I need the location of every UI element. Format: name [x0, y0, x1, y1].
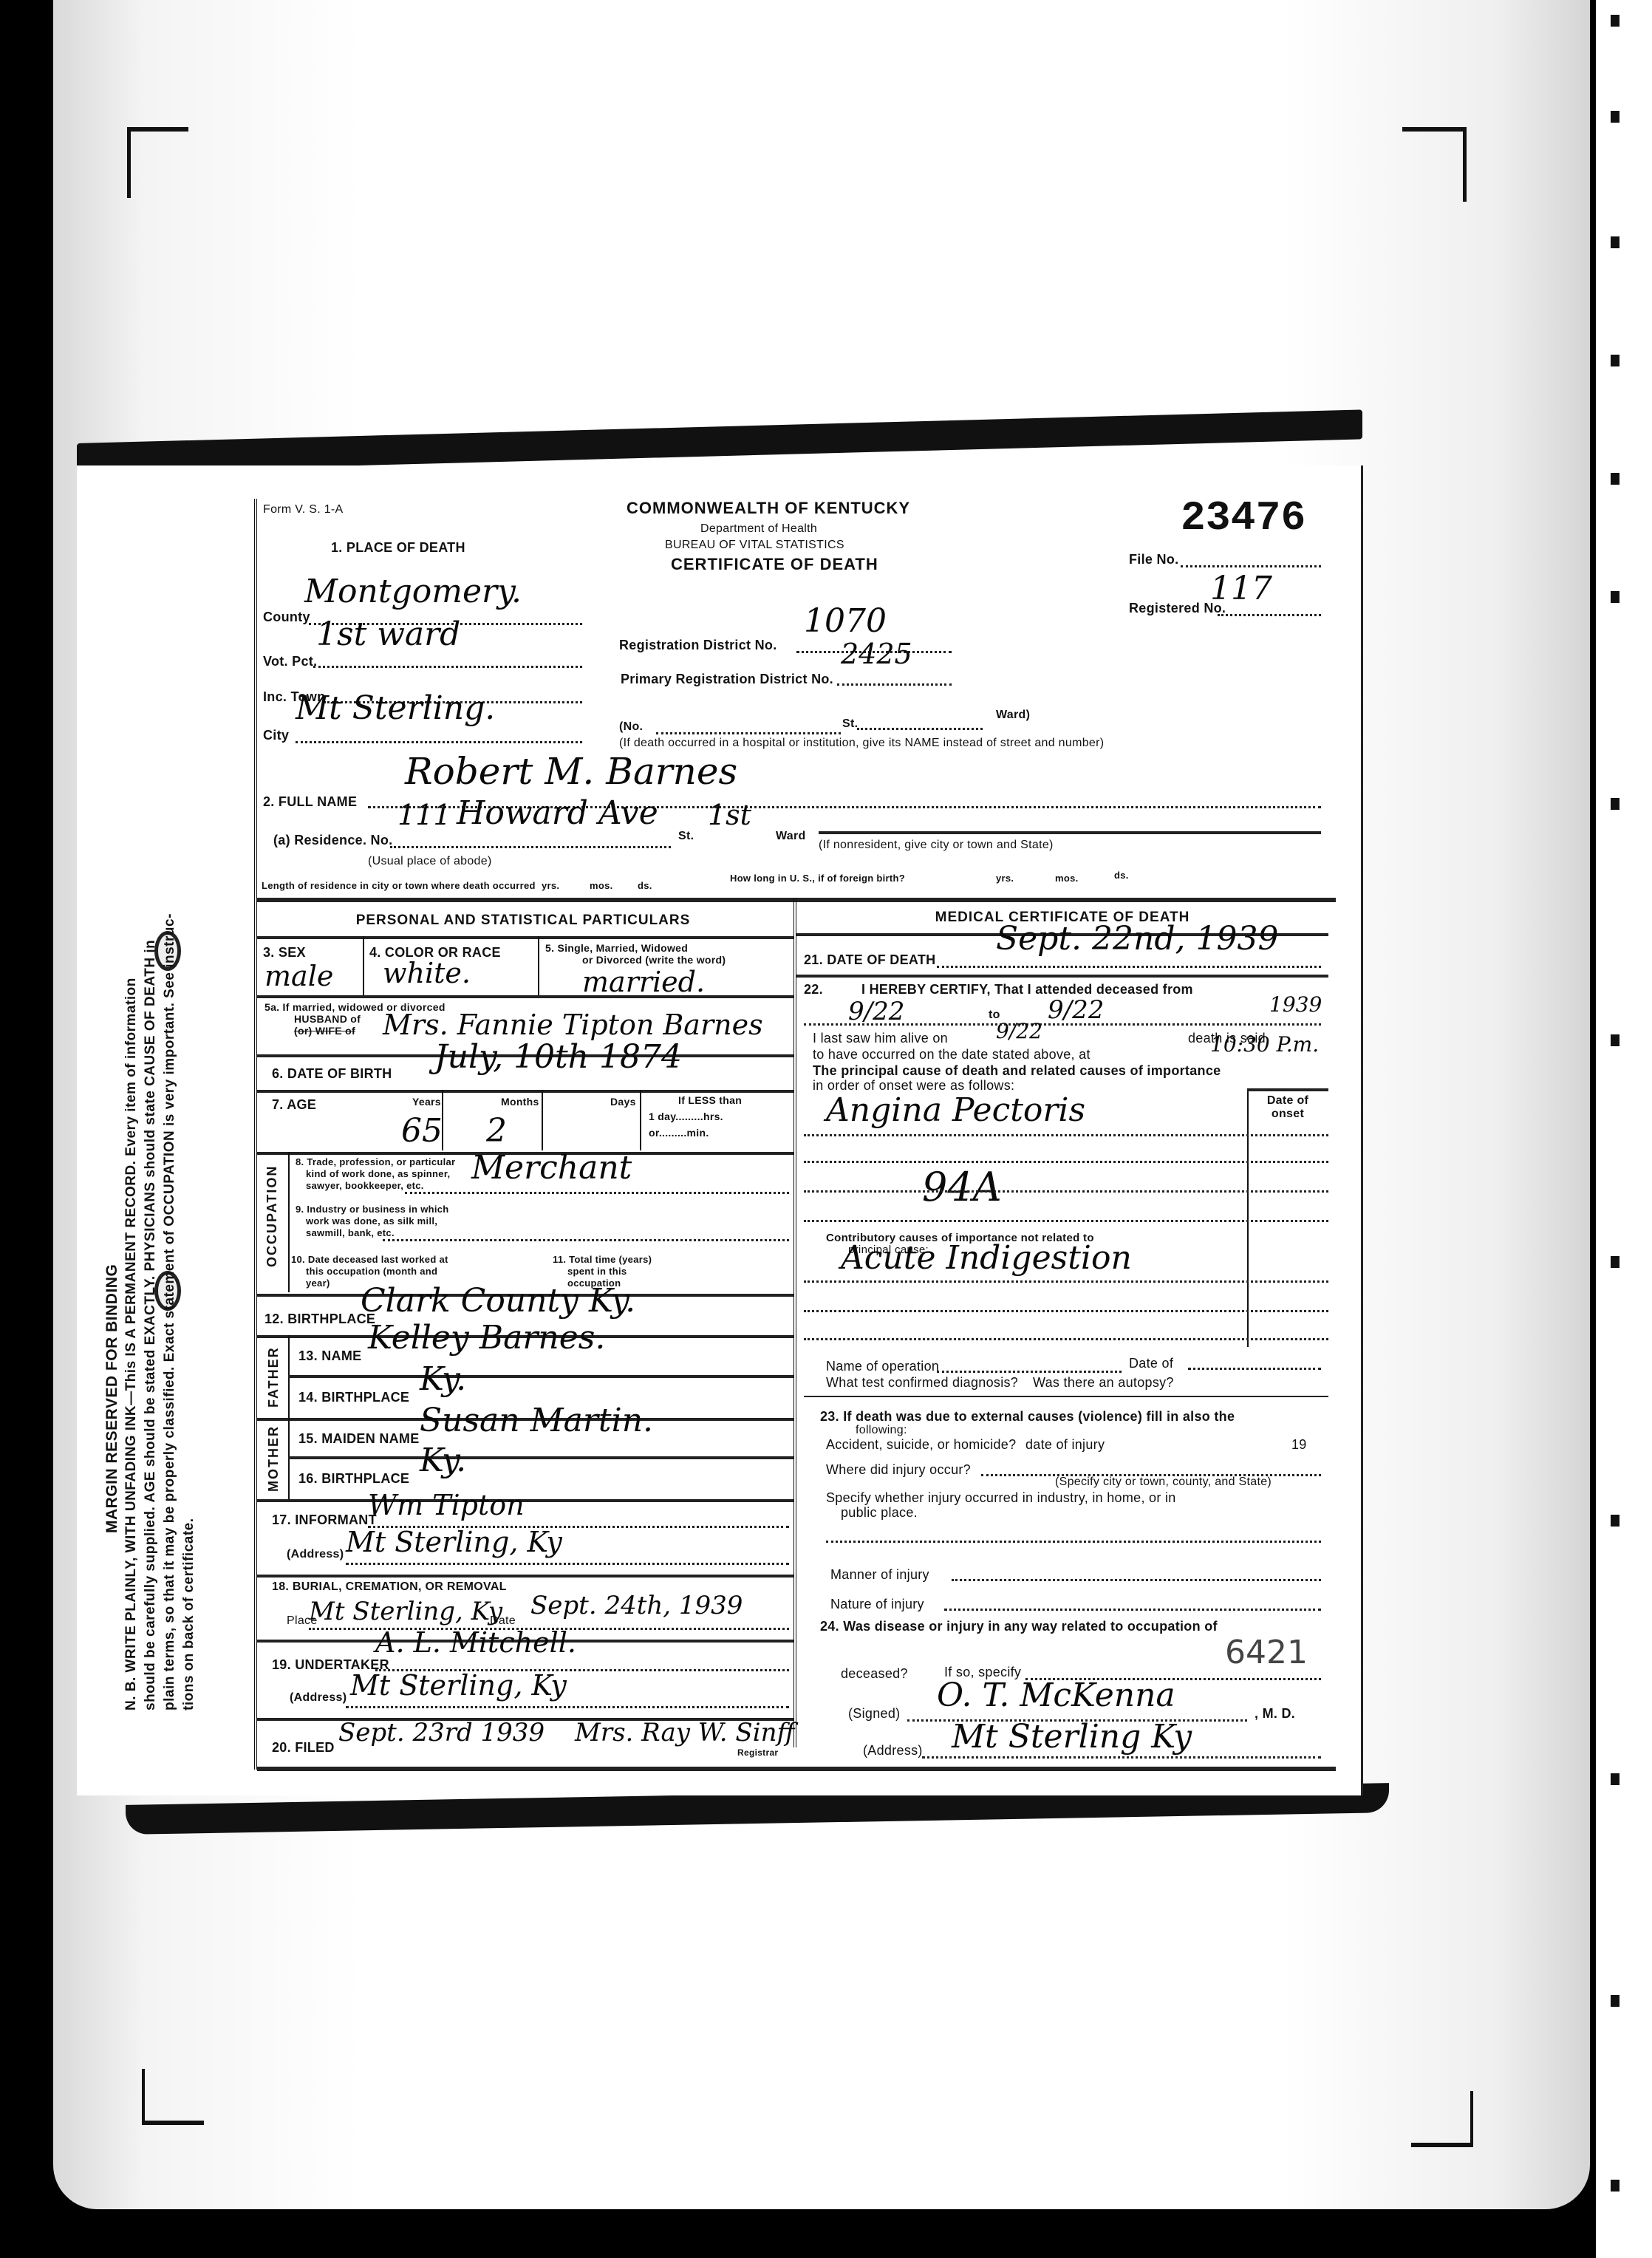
abode-note: (Usual place of abode)	[368, 855, 492, 868]
yrs-label: yrs.	[542, 880, 559, 891]
residence-number: 111	[397, 799, 451, 831]
age-label: 7. AGE	[272, 1097, 316, 1113]
burial-label: 18. BURIAL, CREMATION, OR REMOVAL	[272, 1580, 507, 1594]
certificate-stamp: 6421	[1225, 1634, 1308, 1671]
vot-pct-label: Vot. Pct.	[263, 654, 317, 669]
informant-address: Mt Sterling, Ky	[346, 1526, 562, 1558]
specify-text-2: public place.	[841, 1505, 918, 1521]
department: Department of Health	[700, 522, 817, 536]
death-certificate: MARGIN RESERVED FOR BINDING N. B. WRITE …	[77, 465, 1363, 1795]
operation-date-label: Date of	[1129, 1356, 1173, 1371]
cause-code: 94A	[922, 1164, 1002, 1210]
crop-mark-top-right	[1402, 127, 1467, 202]
marital-value: married.	[582, 966, 705, 998]
file-number: 23476	[1181, 494, 1306, 542]
filed-label: 20. FILED	[272, 1740, 335, 1756]
physician-signature: O. T. McKenna	[937, 1677, 1175, 1714]
mother-birthplace-value: Ky.	[420, 1442, 466, 1479]
binding-margin: MARGIN RESERVED FOR BINDING N. B. WRITE …	[77, 465, 254, 1795]
attended-to: 9/22	[1048, 995, 1104, 1025]
bureau: BUREAU OF VITAL STATISTICS	[665, 539, 844, 552]
external-causes-text: 23. If death was due to external causes …	[820, 1409, 1235, 1425]
undertaker-address: Mt Sterling, Ky	[350, 1669, 567, 1702]
certify-text: I HEREBY CERTIFY, That I attended deceas…	[861, 982, 1193, 997]
total-time-label-2: spent in this	[567, 1266, 627, 1277]
test-label: What test confirmed diagnosis?	[826, 1375, 1018, 1391]
industry-label: 9. Industry or business in which	[296, 1204, 449, 1215]
crop-mark-bottom-left	[142, 2069, 204, 2125]
informant-value: Wm Tipton	[368, 1489, 525, 1521]
trade-value: Merchant	[471, 1149, 632, 1187]
street-label: St.	[842, 717, 858, 731]
filed-date: Sept. 23rd 1939	[338, 1718, 545, 1747]
trade-label-3: sawyer, bookkeeper, etc.	[306, 1180, 424, 1191]
yrs-label: yrs.	[996, 873, 1014, 884]
father-name-label: 13. NAME	[298, 1348, 361, 1364]
father-birthplace-value: Ky.	[420, 1360, 466, 1398]
form-id: Form V. S. 1-A	[263, 503, 344, 516]
residence-label: (a) Residence. No.	[273, 833, 392, 848]
primary-district-label: Primary Registration District No.	[621, 672, 833, 687]
full-name-label: 2. FULL NAME	[263, 794, 357, 810]
county-value: Montgomery.	[304, 573, 522, 610]
injury-date-label: date of injury	[1025, 1437, 1105, 1453]
sex-label: 3. SEX	[263, 945, 306, 961]
margin-line: N. B. WRITE PLAINLY, WITH UNFADING INK—T…	[122, 528, 141, 1710]
mos-label: mos.	[1055, 873, 1079, 884]
margin-instructions: MARGIN RESERVED FOR BINDING N. B. WRITE …	[103, 528, 199, 1710]
certify-number: 22.	[804, 982, 823, 997]
nonresident-note: (If nonresident, give city or town and S…	[819, 839, 1054, 852]
certificate-title: CERTIFICATE OF DEATH	[671, 555, 878, 574]
specify-text: Specify whether injury occurred in indus…	[826, 1490, 1176, 1506]
residence-ward-label: Ward	[776, 830, 806, 843]
crop-mark-bottom-right	[1411, 2091, 1473, 2147]
ds-label: ds.	[1114, 870, 1129, 881]
mother-birthplace-label: 16. BIRTHPLACE	[298, 1471, 409, 1487]
residence-st-label: St.	[678, 830, 694, 843]
city-label: City	[263, 728, 289, 743]
less-than-label: If LESS than	[678, 1094, 742, 1106]
external-following: following:	[856, 1424, 907, 1437]
birthplace-value: Clark County Ky.	[361, 1282, 635, 1320]
months-label: Months	[501, 1096, 539, 1108]
residence-ward: 1st	[708, 799, 751, 831]
occurred-text: to have occurred on the date stated abov…	[813, 1047, 1090, 1063]
injury-year: 19	[1291, 1437, 1307, 1453]
registrar-signature: Mrs. Ray W. Sinff	[575, 1718, 795, 1747]
film-edge-strip	[1596, 0, 1652, 2258]
where-injury-label: Where did injury occur?	[826, 1462, 971, 1478]
last-worked-label-2: this occupation (month and	[306, 1266, 437, 1277]
vot-pct-value: 1st ward	[316, 615, 460, 653]
registrar-label: Registrar	[737, 1747, 778, 1758]
certificate-form: Form V. S. 1-A COMMONWEALTH OF KENTUCKY …	[254, 499, 1336, 1770]
burial-place-value: Mt Sterling, Ky	[309, 1597, 502, 1626]
margin-line: should be carefully supplied. AGE should…	[141, 528, 160, 1710]
occupation-side-label: OCCUPATION	[264, 1165, 280, 1267]
attended-year: 1939	[1269, 992, 1322, 1017]
years-label: Years	[412, 1096, 441, 1108]
physician-address: Mt Sterling Ky	[952, 1718, 1192, 1756]
manner-of-injury-label: Manner of injury	[830, 1567, 929, 1583]
autopsy-label: Was there an autopsy?	[1033, 1375, 1174, 1391]
residence-street: Howard Ave	[457, 794, 658, 832]
father-side-label: FATHER	[266, 1346, 281, 1408]
dob-label: 6. DATE OF BIRTH	[272, 1066, 392, 1082]
date-of-death-value: Sept. 22nd, 1939	[996, 920, 1278, 958]
undertaker-value: A. L. Mitchell.	[375, 1626, 576, 1659]
margin-line: tions on back of certificate.	[180, 528, 199, 1710]
mos-label: mos.	[590, 880, 613, 891]
age-years: 65	[401, 1112, 443, 1150]
father-birthplace-label: 14. BIRTHPLACE	[298, 1390, 409, 1405]
nature-of-injury-label: Nature of injury	[830, 1597, 924, 1612]
industry-label-3: sawmill, bank, etc.	[306, 1227, 395, 1238]
total-time-label: 11. Total time (years)	[553, 1254, 652, 1265]
street-no-label: (No.	[619, 720, 643, 734]
primary-district-value: 2425	[841, 638, 912, 670]
file-label: File No.	[1129, 552, 1178, 567]
occupation-question-2: deceased?	[841, 1666, 908, 1682]
mother-name-value: Susan Martin.	[420, 1402, 653, 1439]
reg-district-value: 1070	[804, 602, 887, 640]
place-of-death-label: 1. PLACE OF DEATH	[331, 540, 465, 556]
county-label: County	[263, 610, 310, 625]
father-name-value: Kelley Barnes.	[368, 1319, 605, 1357]
ds-label: ds.	[638, 880, 652, 891]
where-injury-note: (Specify city or town, county, and State…	[1055, 1476, 1272, 1489]
less-than-hrs: 1 day.........hrs.	[649, 1111, 723, 1122]
spouse-value: Mrs. Fannie Tipton Barnes	[383, 1009, 763, 1041]
trade-label-2: kind of work done, as spinner,	[306, 1168, 450, 1179]
md-label: , M. D.	[1255, 1706, 1295, 1722]
margin-line: plain terms, so that it may be properly …	[160, 528, 180, 1710]
foreign-birth-label: How long in U. S., if of foreign birth?	[730, 873, 905, 884]
undertaker-address-label: (Address)	[290, 1691, 347, 1705]
accident-label: Accident, suicide, or homicide?	[826, 1437, 1016, 1453]
margin-binding-label: MARGIN RESERVED FOR BINDING	[103, 528, 122, 1533]
race-value: white.	[383, 957, 471, 989]
signed-label: (Signed)	[848, 1706, 900, 1722]
occupation-question: 24. Was disease or injury in any way rel…	[820, 1619, 1218, 1634]
spouse-label-2: HUSBAND of	[294, 1013, 361, 1025]
personal-section-title: PERSONAL AND STATISTICAL PARTICULARS	[301, 913, 745, 929]
last-worked-label: 10. Date deceased last worked at	[291, 1254, 448, 1265]
birthplace-label: 12. BIRTHPLACE	[264, 1312, 375, 1327]
sex-value: male	[264, 960, 333, 992]
city-value: Mt Sterling.	[296, 689, 495, 727]
marital-label: 5. Single, Married, Widowed	[545, 942, 688, 954]
principal-text-1: The principal cause of death and related…	[813, 1063, 1221, 1079]
date-of-onset-label: Date of onset	[1251, 1094, 1325, 1121]
crop-mark-top-left	[127, 127, 188, 198]
spouse-label-3: (or) WIFE of	[294, 1025, 355, 1037]
time-of-death: 10:30 P.m.	[1210, 1032, 1319, 1057]
attended-from: 9/22	[848, 997, 904, 1026]
burial-date-value: Sept. 24th, 1939	[530, 1591, 743, 1620]
operation-label: Name of operation	[826, 1359, 939, 1374]
last-saw-value: 9/22	[996, 1019, 1042, 1043]
age-months: 2	[486, 1112, 507, 1150]
state-title: COMMONWEALTH OF KENTUCKY	[627, 499, 910, 518]
mother-name-label: 15. MAIDEN NAME	[298, 1431, 420, 1447]
less-than-min: or.........min.	[649, 1127, 709, 1139]
last-saw-label: I last saw him alive on	[813, 1031, 948, 1046]
ward-label: Ward)	[996, 709, 1030, 722]
full-name-value: Robert M. Barnes	[405, 750, 737, 793]
physician-address-label: (Address)	[863, 1743, 923, 1759]
mother-side-label: MOTHER	[266, 1425, 281, 1492]
marital-label-2: or Divorced (write the word)	[582, 954, 726, 966]
last-worked-label-3: year)	[306, 1278, 330, 1289]
principal-cause-value: Angina Pectoris	[826, 1091, 1085, 1129]
days-label: Days	[610, 1096, 636, 1108]
contributory-value: Acute Indigestion	[841, 1239, 1132, 1277]
date-of-death-label: 21. DATE OF DEATH	[804, 952, 935, 968]
informant-address-label: (Address)	[287, 1548, 344, 1561]
length-residence-label: Length of residence in city or town wher…	[262, 880, 536, 891]
registered-label: Registered No.	[1129, 601, 1226, 616]
industry-label-2: work was done, as silk mill,	[306, 1215, 437, 1227]
hospital-note: (If death occurred in a hospital or inst…	[619, 737, 1104, 750]
dob-value: July, 10th 1874	[434, 1038, 682, 1076]
trade-label: 8. Trade, profession, or particular	[296, 1156, 455, 1167]
reg-district-label: Registration District No.	[619, 638, 777, 653]
